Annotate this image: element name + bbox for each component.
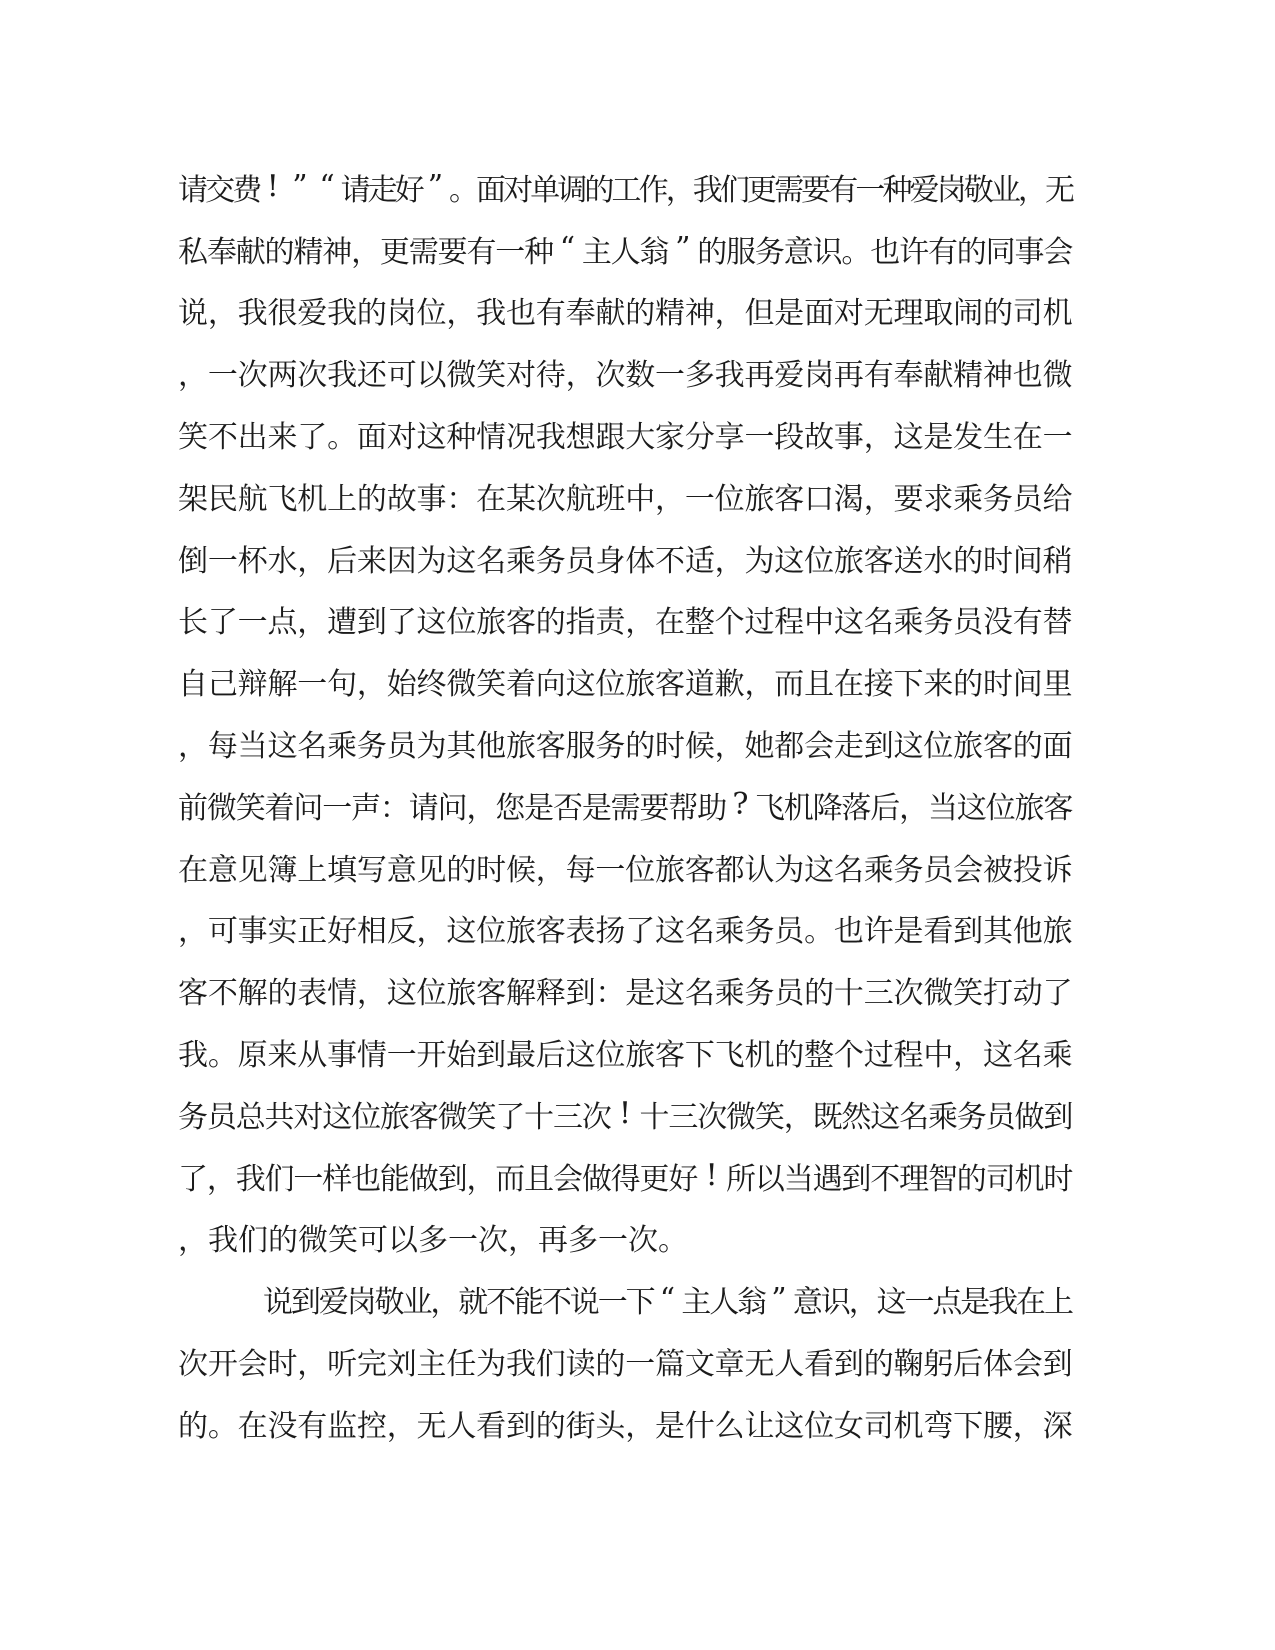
char: 有: [466, 227, 495, 271]
char: 次: [582, 1092, 611, 1136]
char: 躬: [923, 1339, 952, 1383]
char: 歉: [715, 659, 744, 703]
char: 笑: [476, 659, 505, 703]
char: 说: [263, 1277, 291, 1321]
char: 多: [418, 1215, 448, 1259]
char: 费: [232, 165, 259, 209]
char: 意: [793, 1277, 821, 1321]
char: 岗: [804, 350, 833, 394]
char: 送: [894, 536, 923, 580]
char: 在: [1013, 412, 1042, 456]
char: 司: [864, 1401, 893, 1445]
char: 都: [715, 845, 744, 889]
char: 笑: [328, 1215, 358, 1259]
char: 务: [923, 597, 952, 641]
char: ，: [744, 659, 773, 703]
char: 来: [923, 659, 952, 703]
char: 帮: [668, 783, 697, 827]
char: 意: [784, 227, 813, 271]
char: 次: [595, 350, 624, 394]
char: 闹: [953, 288, 982, 332]
char: 且: [804, 659, 833, 703]
char: 工: [612, 165, 639, 209]
char: ，: [849, 1277, 877, 1321]
char: “: [313, 169, 340, 204]
char: 助: [697, 783, 726, 827]
char: 后: [536, 1030, 565, 1074]
char: 也: [506, 288, 535, 332]
char: 献: [236, 227, 265, 271]
char: 这: [957, 783, 986, 827]
char: 解: [238, 968, 267, 1012]
char: 既: [813, 1092, 842, 1136]
char: 什: [685, 1401, 714, 1445]
char: 有: [536, 288, 565, 332]
char: 务: [536, 536, 565, 580]
char: 要: [894, 474, 923, 518]
char: 翁: [640, 227, 669, 271]
char: 敬: [964, 165, 991, 209]
char: 总: [236, 1092, 265, 1136]
char: 诉: [1043, 845, 1072, 889]
char: 说: [178, 288, 207, 332]
char: ，: [508, 1215, 538, 1259]
char: 。: [841, 227, 870, 271]
char: 机: [297, 474, 326, 518]
char: 篇: [655, 1339, 684, 1383]
char: 着: [265, 783, 294, 827]
char: 们: [536, 1339, 565, 1383]
char: 面: [1043, 721, 1072, 765]
char: 发: [953, 412, 982, 456]
char: ”: [668, 231, 697, 266]
char: 这: [446, 906, 475, 950]
char: 的: [595, 1339, 624, 1383]
char: 次: [178, 1339, 207, 1383]
char: 位: [595, 1030, 624, 1074]
char: 后: [953, 1339, 982, 1383]
char: 候: [506, 845, 535, 889]
char: 飞: [715, 1030, 744, 1074]
char: 的: [957, 1154, 986, 1198]
char: 机: [784, 783, 813, 827]
char: 说: [570, 1277, 598, 1321]
char: 的: [178, 1401, 207, 1445]
char: 有: [297, 1401, 326, 1445]
char: 做: [1014, 1092, 1043, 1136]
char: 落: [841, 783, 870, 827]
char: 交: [205, 165, 232, 209]
char: 一: [387, 1030, 416, 1074]
char: 名: [685, 906, 714, 950]
char: 务: [957, 1092, 986, 1136]
char: 口: [804, 474, 833, 518]
char: 到: [1043, 1092, 1072, 1136]
char: 位: [804, 536, 833, 580]
char: 无: [1045, 165, 1072, 209]
char: 取: [923, 288, 952, 332]
char: 微: [446, 659, 475, 703]
char: 但: [744, 288, 773, 332]
char: 看: [804, 1339, 833, 1383]
char: ，: [715, 288, 744, 332]
char: 也: [870, 227, 899, 271]
char: 的: [1013, 721, 1042, 765]
char: 且: [524, 1154, 553, 1198]
char: 司: [986, 1154, 1015, 1198]
char: 两: [267, 350, 296, 394]
char: 能: [380, 1154, 409, 1198]
char: 好: [668, 1154, 697, 1198]
char: 这: [655, 906, 684, 950]
char: 许: [864, 906, 893, 950]
char: 共: [265, 1092, 294, 1136]
char: 我: [236, 1154, 265, 1198]
char: 接: [864, 659, 893, 703]
char: 也: [834, 906, 863, 950]
char: “: [553, 231, 582, 266]
char: 最: [506, 1030, 535, 1074]
char: 名: [834, 845, 863, 889]
char: 不: [655, 536, 684, 580]
char: 位: [476, 906, 505, 950]
char: 机: [1014, 1154, 1043, 1198]
char: 民: [208, 474, 237, 518]
char: 需: [409, 227, 438, 271]
char: 名: [297, 721, 326, 765]
char: 班: [595, 474, 624, 518]
char: 下: [626, 1277, 654, 1321]
char: 簿: [267, 845, 296, 889]
char: 事: [327, 1030, 356, 1074]
char: 他: [1013, 906, 1042, 950]
char: 责: [595, 597, 624, 641]
char: 他: [476, 721, 505, 765]
char: 弯: [923, 1401, 952, 1445]
text-line: 笑不出来了。面对这种情况我想跟大家分享一段故事，这是发生在一: [178, 403, 1072, 465]
char: 爱: [319, 1277, 347, 1321]
char: 旅: [1043, 906, 1072, 950]
char: 这: [834, 597, 863, 641]
char: 在: [834, 659, 863, 703]
char: 了: [178, 1154, 207, 1198]
char: 一: [1043, 412, 1072, 456]
char: 位: [923, 721, 952, 765]
char: 是: [923, 412, 952, 456]
char: ，: [357, 968, 386, 1012]
char: 客: [655, 659, 684, 703]
char: 员: [566, 536, 595, 580]
char: 可: [358, 1215, 388, 1259]
char: 适: [685, 536, 714, 580]
char: 不: [208, 412, 237, 456]
char: 旅: [625, 1030, 654, 1074]
char: 声: [351, 783, 380, 827]
char: 这: [566, 659, 595, 703]
char: 种: [882, 165, 909, 209]
char: 员: [774, 968, 803, 1012]
char: 到: [841, 1154, 870, 1198]
char: 样: [322, 1154, 351, 1198]
char: 的: [625, 288, 654, 332]
char: 一: [208, 350, 237, 394]
char: 请: [341, 165, 368, 209]
char: ，: [351, 227, 380, 271]
char: 问: [293, 783, 322, 827]
char: 始: [446, 1030, 475, 1074]
char: 事: [417, 474, 446, 518]
char: ，: [1013, 1401, 1042, 1445]
char: 时: [1043, 1154, 1072, 1198]
char: 客: [685, 845, 714, 889]
char: 的: [697, 227, 726, 271]
char: 为: [476, 1339, 505, 1383]
char: 见: [238, 845, 267, 889]
char: 微: [726, 1092, 755, 1136]
char: 员: [986, 1092, 1015, 1136]
char: 中: [625, 474, 654, 518]
char: 您: [495, 783, 524, 827]
char: 的: [983, 288, 1012, 332]
char: 这: [322, 1092, 351, 1136]
char: 体: [625, 536, 654, 580]
char: 其: [983, 906, 1012, 950]
char: 乘: [715, 906, 744, 950]
char: 人: [611, 227, 640, 271]
char: 完: [357, 1339, 386, 1383]
char: 乘: [928, 1092, 957, 1136]
char: 航: [566, 474, 595, 518]
char: 一: [322, 783, 351, 827]
char: 名: [864, 597, 893, 641]
char: 客: [983, 721, 1012, 765]
char: 当: [784, 1154, 813, 1198]
char: 着: [506, 659, 535, 703]
char: 客: [774, 474, 803, 518]
char: 人: [446, 1401, 475, 1445]
char: 员: [387, 721, 416, 765]
char: 主: [681, 1277, 709, 1321]
char: 精: [655, 288, 684, 332]
char: 自: [178, 659, 207, 703]
char: ，: [297, 597, 326, 641]
char: 女: [834, 1401, 863, 1445]
char: ，: [536, 845, 565, 889]
char: 更: [380, 227, 409, 271]
char: 段: [774, 412, 803, 456]
char: 旅: [953, 721, 982, 765]
char: 到: [506, 1401, 535, 1445]
char: 智: [928, 1154, 957, 1198]
char: 后: [327, 536, 356, 580]
char: 这: [267, 721, 296, 765]
char: 间: [1013, 536, 1042, 580]
char: 家: [655, 412, 684, 456]
char: 时: [655, 721, 684, 765]
char: 指: [566, 597, 595, 641]
char: 的: [953, 659, 982, 703]
char: 相: [357, 906, 386, 950]
char: 旅: [506, 906, 535, 950]
char: ”: [286, 169, 313, 204]
char: 次: [697, 1092, 726, 1136]
char: 街: [566, 1401, 595, 1445]
char: 的: [584, 165, 611, 209]
char: 微: [923, 968, 952, 1012]
char: 笑: [236, 783, 265, 827]
char: 故: [804, 412, 833, 456]
char: 下: [953, 1401, 982, 1445]
char: 句: [327, 659, 356, 703]
char: 一: [685, 474, 714, 518]
char: 我: [988, 1277, 1016, 1321]
text-line: 客不解的表情，这位旅客解释到：是这名乘务员的十三次微笑打动了: [178, 959, 1072, 1021]
char: 位: [446, 597, 475, 641]
char: 降: [813, 783, 842, 827]
char: 程: [894, 1030, 923, 1074]
char: 我: [327, 288, 356, 332]
char: 而: [495, 1154, 524, 1198]
char: 客: [178, 968, 207, 1012]
char: 们: [720, 165, 747, 209]
char: 员: [923, 845, 952, 889]
char: ，: [566, 350, 595, 394]
char: 单: [530, 165, 557, 209]
text-line: ，我们的微笑可以多一次，再多一次。: [178, 1207, 1072, 1269]
char: 神: [685, 288, 714, 332]
char: 机: [1043, 288, 1072, 332]
char: 的: [804, 968, 833, 1012]
char: 这: [877, 1277, 905, 1321]
char: 下: [894, 659, 923, 703]
char: 神: [983, 350, 1012, 394]
text-line: 请交费!”“请走好”。面对单调的工作，我们更需要有一种爱岗敬业，无: [178, 156, 1072, 218]
document-text: 请交费!”“请走好”。面对单调的工作，我们更需要有一种爱岗敬业，无私奉献的精神，…: [178, 156, 1072, 1454]
text-line: 务员总共对这位旅客微笑了十三次!十三次微笑，既然这名乘务员做到: [178, 1083, 1072, 1145]
char: 终: [417, 659, 446, 703]
char: 名: [685, 968, 714, 1012]
char: 会: [1043, 227, 1072, 271]
char: 给: [1043, 474, 1072, 518]
char: 多: [568, 1215, 598, 1259]
char: 乘: [327, 721, 356, 765]
text-line: 私奉献的精神，更需要有一种“主人翁”的服务意识。也许有的同事会: [178, 218, 1072, 280]
char: 许: [899, 227, 928, 271]
char: 次: [238, 350, 267, 394]
char: 水: [267, 536, 296, 580]
char: 反: [387, 906, 416, 950]
char: 好: [395, 165, 422, 209]
char: 笑: [178, 412, 207, 456]
char: 爱: [297, 288, 326, 332]
char: !: [611, 1096, 640, 1131]
char: ，: [297, 1339, 326, 1383]
char: 请: [409, 783, 438, 827]
char: 了: [625, 906, 654, 950]
char: 的: [864, 1339, 893, 1383]
char: 鞠: [894, 1339, 923, 1383]
char: 的: [953, 536, 982, 580]
char: 献: [595, 288, 624, 332]
char: 的: [774, 1030, 803, 1074]
char: ，: [178, 906, 207, 950]
char: 我: [208, 1215, 238, 1259]
char: 这: [774, 1401, 803, 1445]
char: 为: [417, 721, 446, 765]
char: 旅: [625, 659, 654, 703]
char: 时: [983, 659, 1012, 703]
char: 表: [297, 968, 326, 1012]
text-line: ，可事实正好相反，这位旅客表扬了这名乘务员。也许是看到其他旅: [178, 898, 1072, 960]
char: 个: [834, 1030, 863, 1074]
char: ，: [953, 1030, 982, 1074]
char: 到: [291, 1277, 319, 1321]
char: 调: [557, 165, 584, 209]
char: 一: [744, 412, 773, 456]
char: 中: [804, 597, 833, 641]
char: 一: [625, 1339, 654, 1383]
char: 填: [327, 845, 356, 889]
char: 上: [1044, 1277, 1072, 1321]
char: 然: [841, 1092, 870, 1136]
char: 能: [514, 1277, 542, 1321]
char: 的: [446, 845, 475, 889]
char: 动: [1013, 968, 1042, 1012]
text-line: 的。在没有监控，无人看到的街头，是什么让这位女司机弯下腰，深: [178, 1392, 1072, 1454]
char: 客: [536, 721, 565, 765]
text-line: 我。原来从事情一开始到最后这位旅客下飞机的整个过程中，这名乘: [178, 1021, 1072, 1083]
char: 所: [726, 1154, 755, 1198]
char: 人: [709, 1277, 737, 1321]
char: 一: [598, 1277, 626, 1321]
char: 更: [640, 1154, 669, 1198]
char: 其: [446, 721, 475, 765]
char: 旅: [655, 845, 684, 889]
char: ：: [446, 474, 475, 518]
char: 会: [804, 721, 833, 765]
char: 为: [774, 845, 803, 889]
char: 旅: [380, 1092, 409, 1136]
text-line: 自己辩解一句，始终微笑着向这位旅客道歉，而且在接下来的时间里: [178, 650, 1072, 712]
char: 时: [267, 1339, 296, 1383]
char: 在: [655, 597, 684, 641]
char: 们: [238, 1215, 268, 1259]
char: 个: [715, 597, 744, 641]
char: ，: [625, 1401, 654, 1445]
char: 神: [322, 227, 351, 271]
char: 业: [402, 1277, 430, 1321]
char: 。: [208, 1030, 237, 1074]
char: 人: [774, 1339, 803, 1383]
char: 做: [409, 1154, 438, 1198]
char: 乘: [506, 536, 535, 580]
char: 到: [1043, 1339, 1072, 1383]
char: 遇: [813, 1154, 842, 1198]
char: 某: [506, 474, 535, 518]
char: 况: [506, 412, 535, 456]
char: 务: [744, 906, 773, 950]
char: 事: [1014, 227, 1043, 271]
char: ：: [380, 783, 409, 827]
char: 我: [536, 412, 565, 456]
char: 到: [864, 721, 893, 765]
text-line: ，每当这名乘务员为其他旅客服务的时候，她都会走到这位旅客的面: [178, 712, 1072, 774]
char: 了: [297, 412, 326, 456]
char: 头: [595, 1401, 624, 1445]
text-line: 说，我很爱我的岗位，我也有奉献的精神，但是面对无理取闹的司机: [178, 280, 1072, 342]
char: 位: [595, 659, 624, 703]
char: 岗: [937, 165, 964, 209]
